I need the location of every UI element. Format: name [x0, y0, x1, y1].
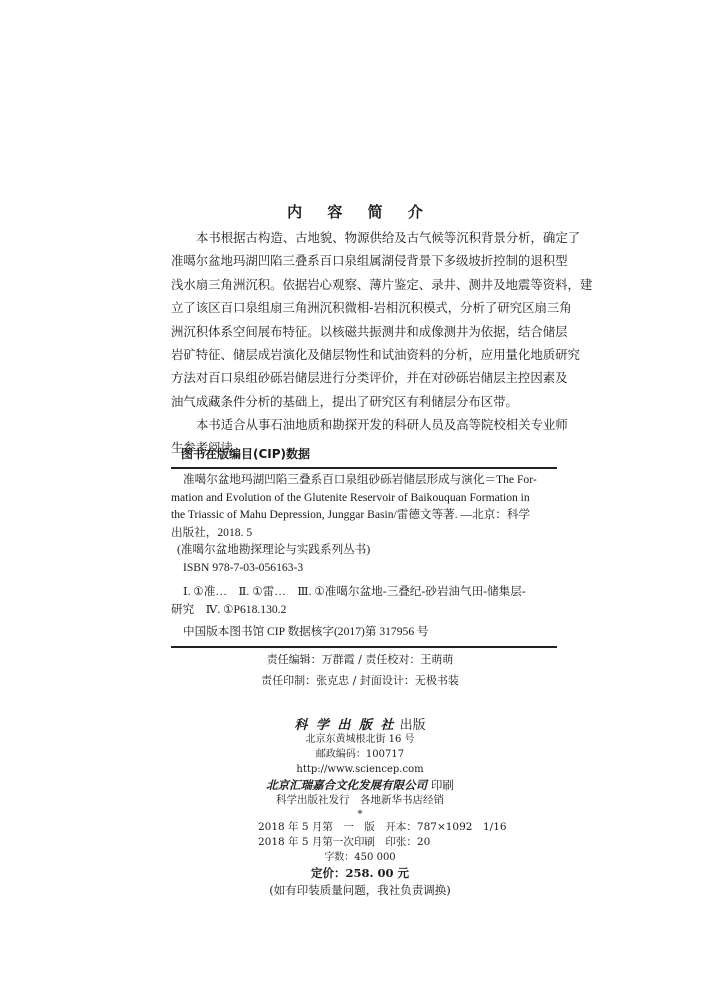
cip-isbn: ISBN 978-7-03-056163-3: [171, 559, 557, 577]
credits-line-1: 责任编辑：万群霞 / 责任校对：王萌萌: [0, 650, 720, 670]
text-line: 方法对百口泉组砂砾岩储层进行分类评价，并在对砂砾岩储层主控因素及: [171, 366, 556, 389]
text-line: 岩矿特征、储层成岩演化及储层物性和试油资料的分析，应用量化地质研究: [171, 343, 556, 366]
summary-paragraph-1: 本书根据古构造、古地貌、物源供给及古气候等沉积背景分析，确定了 准噶尔盆地玛湖凹…: [171, 226, 556, 413]
credits-line-2: 责任印制：张克忠 / 封面设计：无极书装: [0, 671, 720, 691]
page-title: 内 容 简 介: [0, 201, 720, 222]
distribution: 科学出版社发行 各地新华书店经销: [0, 793, 720, 808]
edition-info: 2018 年 5 月第 一 版 开本：787×1092 1/16: [258, 820, 507, 835]
cip-bottom-rule: [171, 646, 557, 648]
printing-info: 2018 年 5 月第一次印刷 印张：20: [258, 835, 430, 850]
cip-line: mation and Evolution of the Glutenite Re…: [171, 489, 557, 507]
word-count: 字数：450 000: [0, 850, 720, 865]
quality-notice: (如有印装质量问题，我社负责调换): [0, 882, 720, 898]
cip-line: 出版社，2018. 5: [171, 524, 557, 542]
text-line: 立了该区百口泉组扇三角洲沉积微相-岩相沉积模式，分析了研究区扇三角: [171, 296, 556, 319]
publisher-line: 科 学 出 版 社 出版: [0, 714, 720, 733]
cip-heading: 图书在版编目(CIP)数据: [181, 445, 310, 462]
publisher-address: 北京东黄城根北街 16 号: [0, 732, 720, 747]
cip-line: Ⅰ. ①准… Ⅱ. ①雷… Ⅲ. ①准噶尔盆地-三叠纪-砂岩油气田-储集层-: [171, 583, 557, 601]
printer-suffix: 印刷: [431, 778, 454, 792]
cip-line: 准噶尔盆地玛湖凹陷三叠系百口泉组砂砾岩储层形成与演化＝The For-: [171, 471, 557, 489]
cip-line: the Triassic of Mahu Depression, Junggar…: [171, 506, 557, 524]
cip-classification: Ⅰ. ①准… Ⅱ. ①雷… Ⅲ. ①准噶尔盆地-三叠纪-砂岩油气田-储集层- 研…: [171, 583, 557, 618]
text-line: 准噶尔盆地玛湖凹陷三叠系百口泉组属湖侵背景下多级坡折控制的退积型: [171, 249, 556, 272]
cip-top-rule: [171, 467, 557, 469]
publisher-suffix: 出版: [400, 718, 426, 733]
cip-series: (准噶尔盆地勘探理论与实践系列丛书): [171, 541, 557, 559]
publisher-name: 科 学 出 版 社: [294, 718, 395, 733]
printer-line: 北京汇瑞嘉合文化发展有限公司 印刷: [0, 777, 720, 793]
text-line: 油气成藏条件分析的基础上，提出了研究区有利储层分布区带。: [171, 390, 556, 413]
cip-number-block: 中国版本图书馆 CIP 数据核字(2017)第 317956 号: [171, 623, 557, 641]
price: 定价：258. 00 元: [0, 865, 720, 881]
text-line: 洲沉积体系空间展布特征。以核磁共振测井和成像测井为依据，结合储层: [171, 320, 556, 343]
cip-number: 中国版本图书馆 CIP 数据核字(2017)第 317956 号: [171, 623, 557, 641]
text-line: 本书根据古构造、古地貌、物源供给及古气候等沉积背景分析，确定了: [171, 226, 556, 249]
cip-line: 研究 Ⅳ. ①P618.130.2: [171, 601, 557, 619]
text-line: 本书适合从事石油地质和勘探开发的科研人员及高等院校相关专业师: [171, 413, 556, 436]
printer-name: 北京汇瑞嘉合文化发展有限公司: [266, 778, 427, 792]
cip-entry: 准噶尔盆地玛湖凹陷三叠系百口泉组砂砾岩储层形成与演化＝The For- mati…: [171, 471, 557, 576]
text-line: 浅水扇三角洲沉积。依据岩心观察、薄片鉴定、录井、测井及地震等资料，建: [171, 273, 556, 296]
publisher-postcode: 邮政编码：100717: [0, 747, 720, 762]
publisher-website[interactable]: http://www.sciencep.com: [0, 762, 720, 777]
